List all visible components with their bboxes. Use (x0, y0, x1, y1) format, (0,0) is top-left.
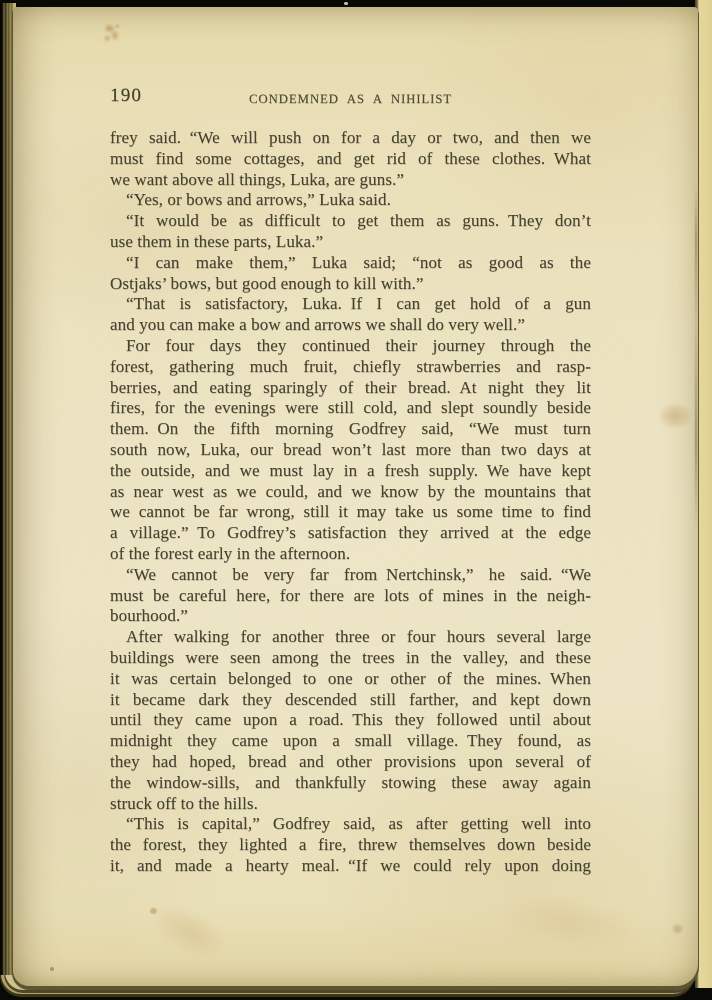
text-line: they had hoped, bread and other provisio… (110, 752, 591, 773)
scanned-book-photo: 190 CONDEMNED AS A NIHILIST frey said. “… (0, 0, 712, 1000)
text-line: must be careful here, for there are lots… (110, 586, 591, 607)
text-line: it, and made a hearty meal. “If we could… (110, 856, 591, 877)
stain-right-margin (653, 399, 697, 433)
text-line: a village.” To Godfrey’s satisfaction th… (110, 523, 591, 544)
text-line: midnight they came upon a small village.… (110, 731, 591, 752)
text-line: south now, Luka, our bread won’t last mo… (110, 440, 591, 461)
text-line: we want above all things, Luka, are guns… (110, 170, 591, 191)
text-line: it was certain belonged to one or other … (110, 669, 591, 690)
text-line: Ostjaks’ bows, but good enough to kill w… (110, 274, 591, 295)
text-line: “It would be as difficult to get them as… (110, 211, 591, 232)
text-line: struck off to the hills. (110, 794, 591, 815)
text-line: as near west as we could, and we know by… (110, 482, 591, 503)
text-line: “Yes, or bows and arrows,” Luka said. (110, 190, 591, 211)
text-line: frey said. “We will push on for a day or… (110, 128, 591, 149)
text-line: fires, for the evenings were still cold,… (110, 398, 591, 419)
text-line: “I can make them,” Luka said; “not as go… (110, 253, 591, 274)
text-line: until they came upon a road. This they f… (110, 710, 591, 731)
stain-dot-bottom-right (673, 925, 682, 933)
text-line: bourhood.” (110, 606, 591, 627)
text-line: the window-sills, and thankfully stowing… (110, 773, 591, 794)
text-line: use them in these parts, Luka.” (110, 232, 591, 253)
text-line: “This is capital,” Godfrey said, as afte… (110, 814, 591, 835)
dust-speck (344, 2, 348, 5)
text-line: “That is satisfactory, Luka. If I can ge… (110, 294, 591, 315)
page-text: frey said. “We will push on for a day or… (110, 128, 591, 877)
ink-smudge-top-left (100, 20, 124, 48)
text-line: of the forest early in the afternoon. (110, 544, 591, 565)
text-line: it became dark they descended still fart… (110, 690, 591, 711)
page-edge-crease (695, 187, 697, 527)
speck (50, 967, 54, 971)
text-line: them. On the fifth morning Godfrey said,… (110, 419, 591, 440)
text-line: and you can make a bow and arrows we sha… (110, 315, 591, 336)
text-line: forest, gathering much fruit, chiefly st… (110, 357, 591, 378)
text-line: After walking for another three or four … (110, 627, 591, 648)
book-page: 190 CONDEMNED AS A NIHILIST frey said. “… (13, 7, 698, 986)
text-line: “We cannot be very far from Nertchinsk,”… (110, 565, 591, 586)
text-line: must find some cottages, and get rid of … (110, 149, 591, 170)
stain-bottom-center (458, 867, 678, 977)
text-line: we cannot be far wrong, still it may tak… (110, 502, 591, 523)
text-line: the forest, they lighted a fire, threw t… (110, 835, 591, 856)
text-line: berries, and eating sparingly of their b… (110, 378, 591, 399)
text-line: the outside, and we must lay in a fresh … (110, 461, 591, 482)
stain-dot (150, 908, 157, 914)
text-line: For four days they continued their journ… (110, 336, 591, 357)
text-line: buildings were seen among the trees in t… (110, 648, 591, 669)
running-title: CONDEMNED AS A NIHILIST (110, 92, 591, 107)
stain-bottom-left (125, 879, 256, 988)
